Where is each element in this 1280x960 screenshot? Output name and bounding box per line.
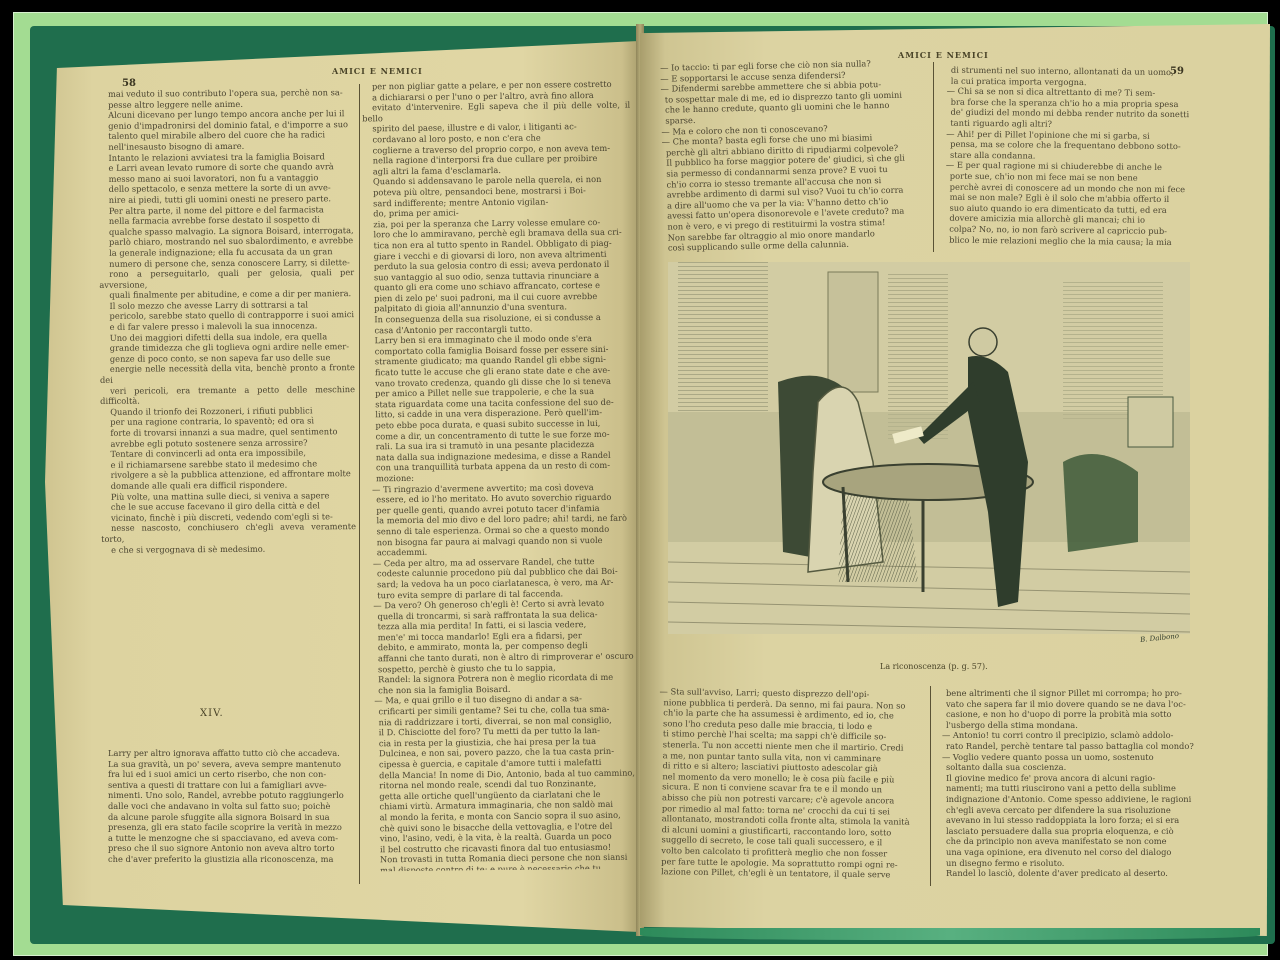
left-running-head: AMICI E NEMICI [332,66,423,76]
text-line: l'usbergo della stima mondana. [936,720,1218,731]
left-page-number: 58 [122,78,136,89]
text-line: da alcune parole sfuggite alla signora B… [98,812,356,823]
text-line: soltanto dalla sua coscienza. [936,762,1218,773]
text-line: La sua gravità, un po' severa, aveva sem… [98,759,356,770]
text-line: Randel lo lasciò, dolente d'aver predica… [936,868,1218,879]
right-column-1-top: — Io taccio: ti par egli forse che ciò n… [654,57,928,253]
text-line: namenti; ma tutti riuscirono vani a pett… [936,783,1218,794]
column-rule [359,84,360,884]
left-column-2: per non pigliar gatte a pelare, e per no… [362,79,638,872]
text-line: blico le mie relazioni meglio che la mia… [939,234,1209,247]
text-line: — Voglio vedere quanto possa un uomo, so… [936,752,1218,763]
left-column-1: mai veduto il suo contributo l'opera sua… [98,87,357,679]
text-line: Il giovine medico fe' prova ancora di al… [936,773,1218,784]
column-rule [930,686,931,886]
text-line: Larry per altro ignorava affatto tutto c… [98,748,356,759]
illustration-caption: La riconoscenza (p. g. 57). [880,662,988,671]
text-line: indignazione d'Antonio. Come spesso addi… [936,794,1218,805]
text-line: casione, e non ho d'uopo di porre la pro… [936,709,1218,720]
text-line: nesse nascosto, conchiusero ch'egli avev… [101,521,356,544]
text-line: un disegno fermo e risoluto. [936,858,1218,869]
text-line: sentiva a questi di trattare con lui a f… [98,780,356,791]
column-rule [933,62,934,252]
text-line: presenza, gli era stato facile scoprire … [98,822,356,833]
text-line: mai veduto il suo contributo l'opera sua… [98,87,353,99]
text-line: dalle voci che andavano in volta sul fat… [98,801,356,812]
text-line: rato Randel, perchè tentare tal passo ba… [936,741,1218,752]
right-column-2-top: di strumenti nel suo interno, allontanat… [939,65,1211,256]
engraving-illustration [668,262,1190,634]
text-line: — Antonio! tu corri contro il precipizio… [936,730,1218,741]
text-line: e che si vergognava di sè medesimo. [101,543,356,555]
cover-bottom-edge [640,928,1260,940]
text-line: evitato d'intervenire. Egli sapeva che i… [362,100,630,124]
text-line: ch'egli aveva cercato per difendere la s… [936,805,1218,816]
chapter-heading: XIV. [200,708,224,719]
text-line: avevano in lui stesso raddoppiata la lor… [936,815,1218,826]
text-line: quali finalmente per abitudine, e come a… [99,288,354,300]
text-line: rono a perseguitarlo, quali per gelosia,… [99,267,354,290]
text-line: che da principio non aveva manifestato s… [936,836,1218,847]
left-column-1-after-chapter: Larry per altro ignorava affatto tutto c… [98,748,356,878]
text-line: energie nelle necessità della vita, benc… [100,363,355,386]
right-column-1-bottom: — Sta sull'avviso, Larri; questo disprez… [650,686,925,920]
text-line: veri pericoli, era tremante a petto dell… [100,384,355,407]
engraving-scene-icon [668,262,1190,634]
text-line: bene altrimenti che il signor Pillet mi … [936,688,1218,699]
right-column-2-bottom: bene altrimenti che il signor Pillet mi … [936,688,1218,888]
text-line: forte di trovarsi innanzi a sua madre, q… [100,426,355,438]
text-line: nimenti. Uno solo, Randel, avrebbe potut… [98,790,356,801]
text-line: che d'aver preferito la giustizia alla r… [98,854,356,865]
text-line: lasciato persuadere dalla sua propria el… [936,826,1218,837]
text-line: vato che sapera far il mio dovere quando… [936,699,1218,710]
text-line: a tutte le menzogne che si spacciavano, … [98,833,356,844]
text-line: fra lui ed i suoi amici un certo riserbo… [98,769,356,780]
text-line: preso che il suo signore Antonio non ave… [98,843,356,854]
text-line: una vaga opinione, era divenuto nel cors… [936,847,1218,858]
